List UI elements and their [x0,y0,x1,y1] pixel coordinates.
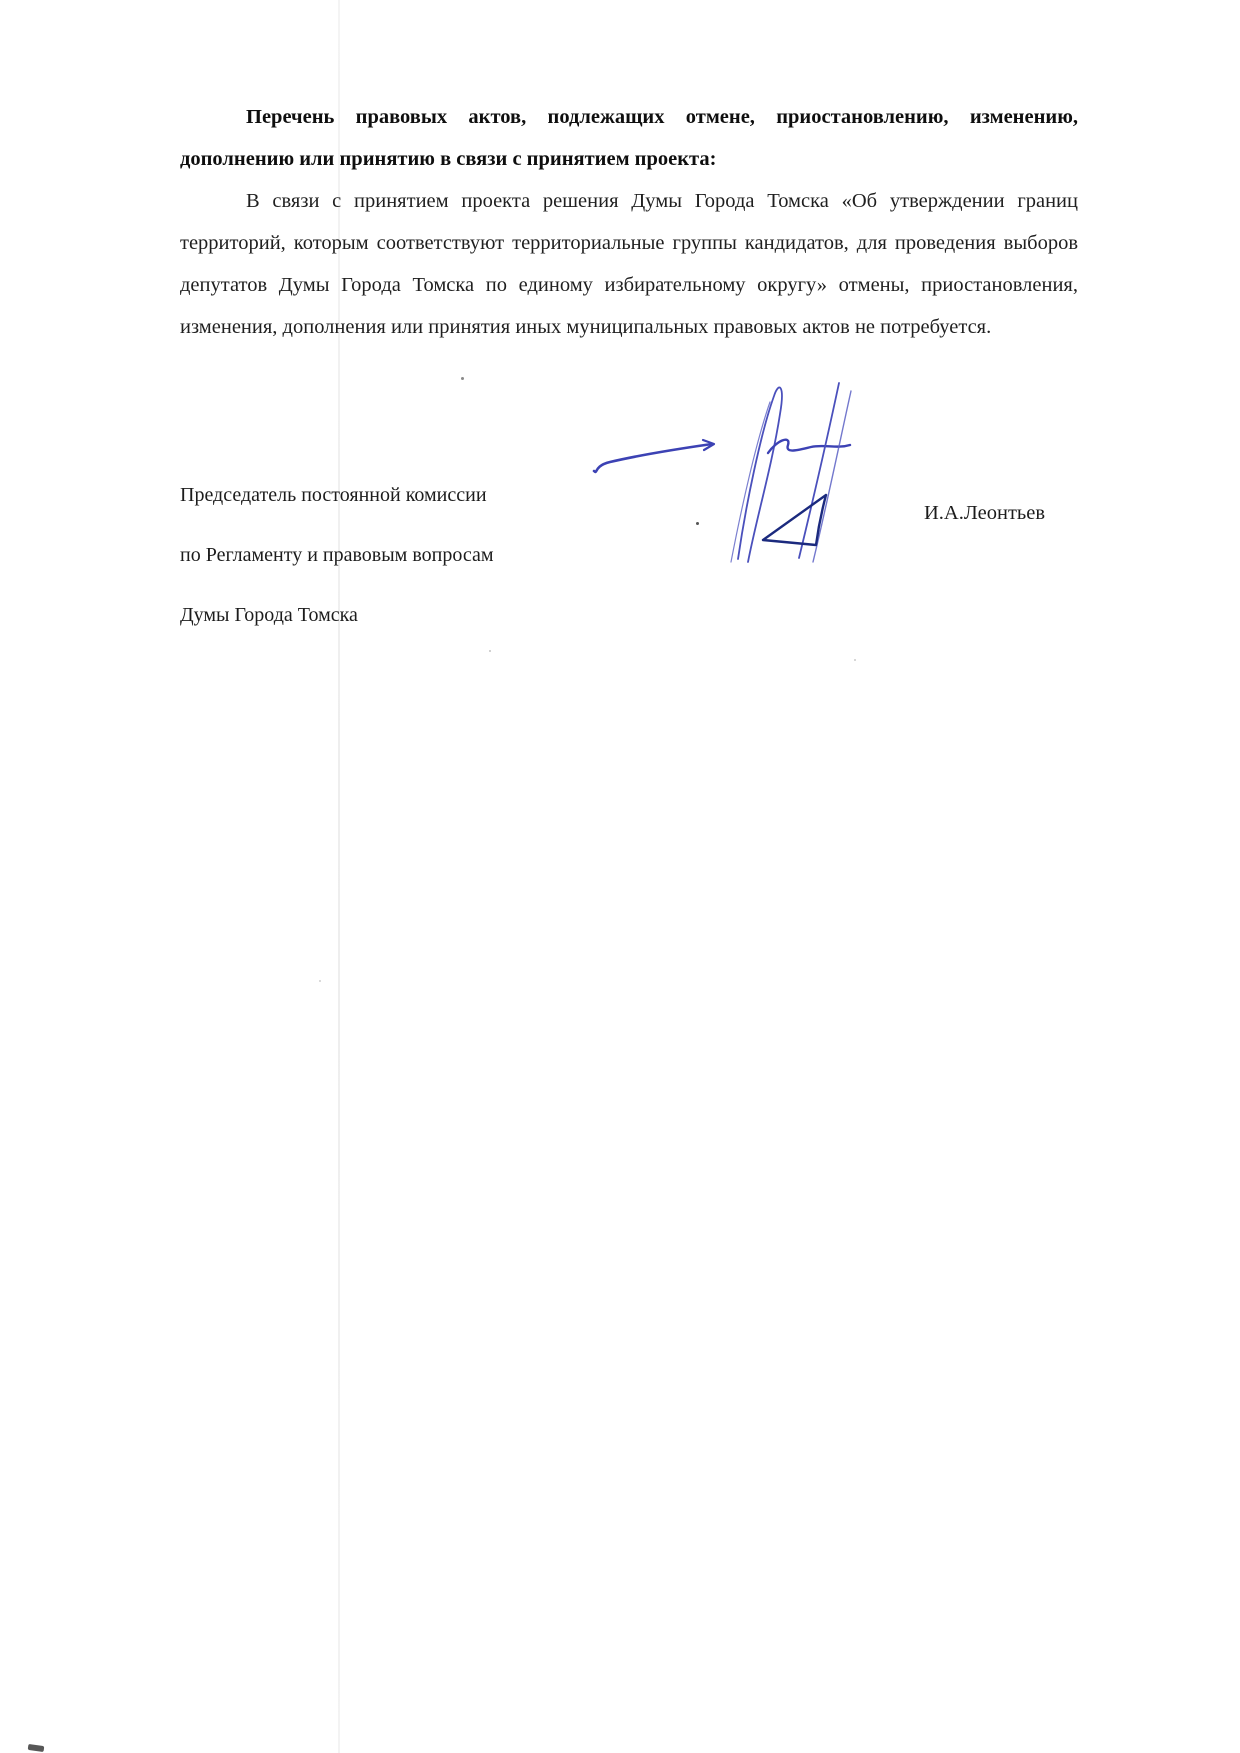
signature-title-line: Думы Города Томска [180,600,494,630]
signer-name: И.А.Леонтьев [924,502,1045,525]
signature-title-line: по Регламенту и правовым вопросам [180,540,494,570]
scan-speck [489,650,491,652]
handwritten-signature-icon [580,372,860,567]
document-page: Перечень правовых актов, подлежащих отме… [0,0,1240,1753]
heading-paragraph: Перечень правовых актов, подлежащих отме… [180,96,1078,180]
scan-speck [854,659,856,661]
scan-speck [319,980,321,982]
text-block: Перечень правовых актов, подлежащих отме… [180,96,1078,348]
scan-corner-mark [28,1744,45,1752]
signature-title-line: Председатель постоянной комиссии [180,480,494,510]
signature-title-block: Председатель постоянной комиссии по Регл… [180,450,494,660]
body-paragraph: В связи с принятием проекта решения Думы… [180,180,1078,348]
scan-speck [696,522,699,525]
scan-speck [461,377,464,380]
